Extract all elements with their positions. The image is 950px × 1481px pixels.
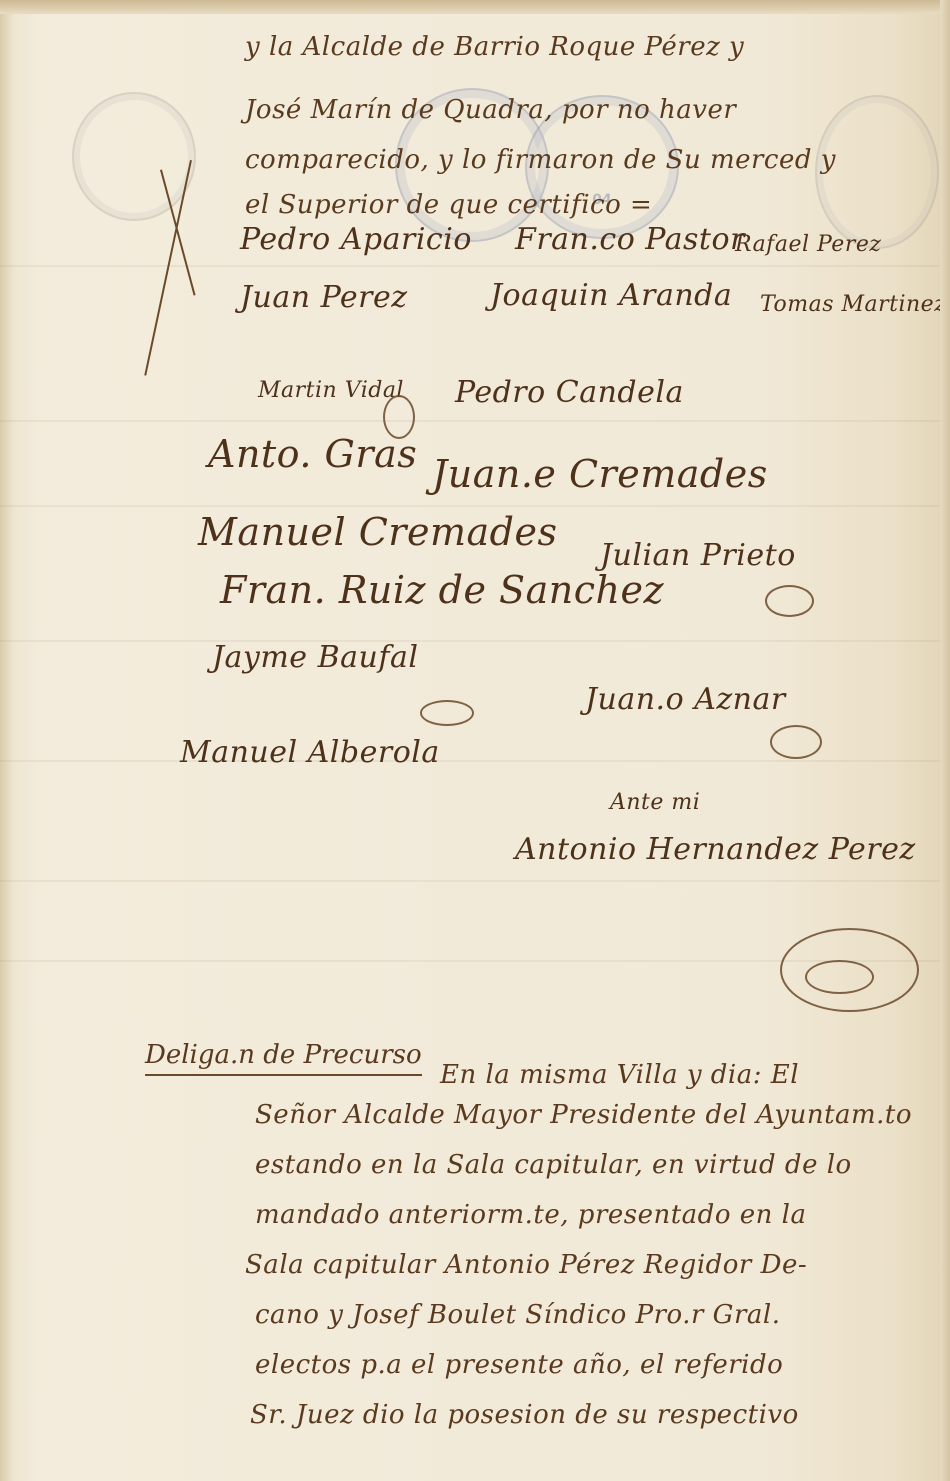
signature: Anto. Gras xyxy=(208,432,417,476)
bleed-through-line xyxy=(0,505,950,507)
opening-line-4: el Superior de que certifico = xyxy=(245,190,652,220)
signature: Pedro Aparicio xyxy=(240,222,472,257)
rubric-mark xyxy=(765,585,814,617)
closing-line-7: electos p.a el presente año, el referido xyxy=(255,1350,783,1380)
closing-line-3: estando en la Sala capitular, en virtud … xyxy=(255,1150,852,1180)
embossed-seal-left xyxy=(72,92,196,221)
bleed-through-line xyxy=(0,880,950,882)
margin-note: Deliga.n de Precurso xyxy=(145,1040,422,1076)
signature: Martin Vidal xyxy=(258,378,404,403)
manuscript-page: 04 y la Alcalde de Barrio Roque Pérez y … xyxy=(0,0,950,1481)
opening-line-3: comparecido, y lo firmaron de Su merced … xyxy=(245,145,836,175)
signature: Jayme Baufal xyxy=(212,640,418,675)
signature: Fran.co Pastor xyxy=(515,222,745,257)
rubric-mark xyxy=(420,700,474,726)
bleed-through-line xyxy=(0,265,950,267)
signature: Tomas Martinez xyxy=(760,292,946,317)
signature: Juan.o Aznar xyxy=(585,682,786,717)
signature: Pedro Candela xyxy=(455,375,684,410)
signature: Rafael Perez xyxy=(735,232,881,257)
ante-mi: Ante mi xyxy=(610,790,700,815)
signature: Juan.e Cremades xyxy=(432,452,768,496)
bleed-through-line xyxy=(0,760,950,762)
closing-line-1: En la misma Villa y dia: El xyxy=(440,1060,799,1090)
closing-line-8: Sr. Juez dio la posesion de su respectiv… xyxy=(250,1400,799,1430)
rubric-mark xyxy=(770,725,822,759)
notary-signature: Antonio Hernandez Perez xyxy=(515,832,916,867)
opening-line-2: José Marín de Quadra, por no haver xyxy=(245,95,736,125)
bleed-through-line xyxy=(0,420,950,422)
closing-line-2: Señor Alcalde Mayor Presidente del Ayunt… xyxy=(255,1100,912,1130)
signature: Manuel Cremades xyxy=(198,510,557,554)
closing-line-4: mandado anteriorm.te, presentado en la xyxy=(255,1200,806,1230)
signature: Fran. Ruiz de Sanchez xyxy=(220,568,664,612)
signature: Juan Perez xyxy=(240,280,408,315)
notary-rubric-inner xyxy=(805,960,874,994)
closing-line-6: cano y Josef Boulet Síndico Pro.r Gral. xyxy=(255,1300,780,1330)
opening-line-1: y la Alcalde de Barrio Roque Pérez y xyxy=(245,32,744,62)
bleed-through-line xyxy=(0,640,950,642)
closing-line-5: Sala capitular Antonio Pérez Regidor De- xyxy=(245,1250,807,1280)
signature: Manuel Alberola xyxy=(180,735,440,770)
signature: Joaquin Aranda xyxy=(490,278,732,313)
